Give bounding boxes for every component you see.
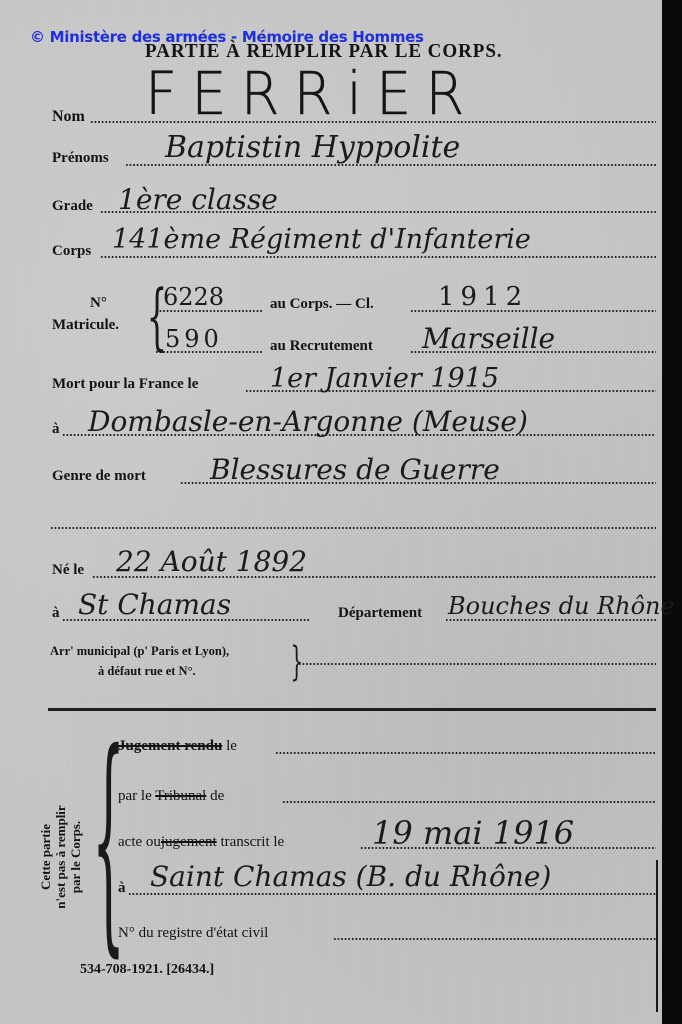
classe-value: 1912 [438, 282, 528, 312]
nom-label: Nom [52, 108, 85, 126]
ne-le-label: Né le [52, 562, 84, 579]
transcrit-prefix: acte ou [118, 834, 161, 850]
registre-label: N° du registre d'état civil [118, 925, 268, 942]
transcrit-a-value: Saint Chamas (B. du Rhône) [150, 860, 551, 893]
jugement-label: Jugement rendu le [118, 738, 237, 755]
extra-line [50, 527, 656, 529]
departement-value: Bouches du Rhône [448, 592, 675, 620]
side-note-line-3: par le Corps. [68, 772, 83, 942]
tribunal-de: de [210, 788, 224, 804]
nom-value: FERRiER [145, 60, 478, 128]
mort-a-value: Dombasle-en-Argonne (Meuse) [88, 405, 528, 438]
arrondissement-line [298, 663, 656, 665]
genre-de-mort-value: Blessures de Guerre [210, 453, 500, 486]
departement-label: Département [338, 605, 422, 622]
copyright-watermark: © Ministère des armées - Mémoire des Hom… [30, 28, 424, 46]
corps-class-label: au Corps. — Cl. [270, 296, 374, 313]
tribunal-line [282, 801, 656, 803]
matricule-label: Matricule. [52, 317, 119, 334]
ne-le-value: 22 Août 1892 [116, 545, 307, 578]
transcrit-label: acte oujugement transcrit le [118, 834, 284, 851]
form-reference: 534-708-1921. [26434.] [80, 962, 214, 978]
prenoms-value: Baptistin Hyppolite [165, 130, 460, 165]
side-note-line-1: Cette partie [38, 772, 53, 942]
grade-value: 1ère classe [118, 183, 278, 216]
recrutement-place-value: Marseille [422, 322, 555, 355]
recrutement-label: au Recrutement [270, 338, 373, 355]
tribunal-struck: Tribunal [155, 788, 206, 804]
transcrit-a-label: à [118, 880, 126, 897]
death-record-card: © Ministère des armées - Mémoire des Hom… [0, 0, 662, 1024]
tribunal-prefix: par le [118, 788, 152, 804]
registre-line [333, 938, 656, 940]
arrondissement-label-2: à défaut rue et N°. [98, 664, 196, 679]
card-edge [656, 860, 658, 1012]
corps-value: 141ème Régiment d'Infanterie [112, 224, 531, 255]
transcrit-value: 19 mai 1916 [372, 814, 574, 852]
mort-le-value: 1er Janvier 1915 [270, 363, 499, 394]
genre-de-mort-label: Genre de mort [52, 468, 146, 485]
section-divider [48, 708, 656, 711]
jugement-struck: Jugement rendu [118, 738, 222, 754]
arrondissement-label-1: Arr' municipal (p' Paris et Lyon), [50, 644, 229, 659]
side-note-line-2: n'est pas à remplir [53, 772, 68, 942]
jugement-le: le [226, 738, 237, 754]
jugement-line [275, 752, 656, 754]
transcrit-struck: jugement [161, 834, 217, 850]
arrondissement-brace: } [290, 642, 303, 682]
ne-a-value: St Chamas [78, 588, 231, 621]
transcrit-le: transcrit le [220, 834, 284, 850]
corps-label: Corps [52, 243, 91, 260]
recrutement-number-value: 590 [165, 325, 223, 353]
grade-label: Grade [52, 198, 93, 215]
mort-le-label: Mort pour la France le [52, 376, 198, 393]
corps-line [100, 256, 656, 258]
tribunal-label: par le Tribunal de [118, 788, 224, 805]
ne-a-label: à [52, 605, 60, 622]
prenoms-label: Prénoms [52, 150, 109, 167]
transcrit-a-line [128, 893, 656, 895]
corps-number-value: 6228 [163, 283, 224, 311]
matricule-label-no: N° [90, 295, 107, 312]
mort-a-label: à [52, 421, 60, 438]
